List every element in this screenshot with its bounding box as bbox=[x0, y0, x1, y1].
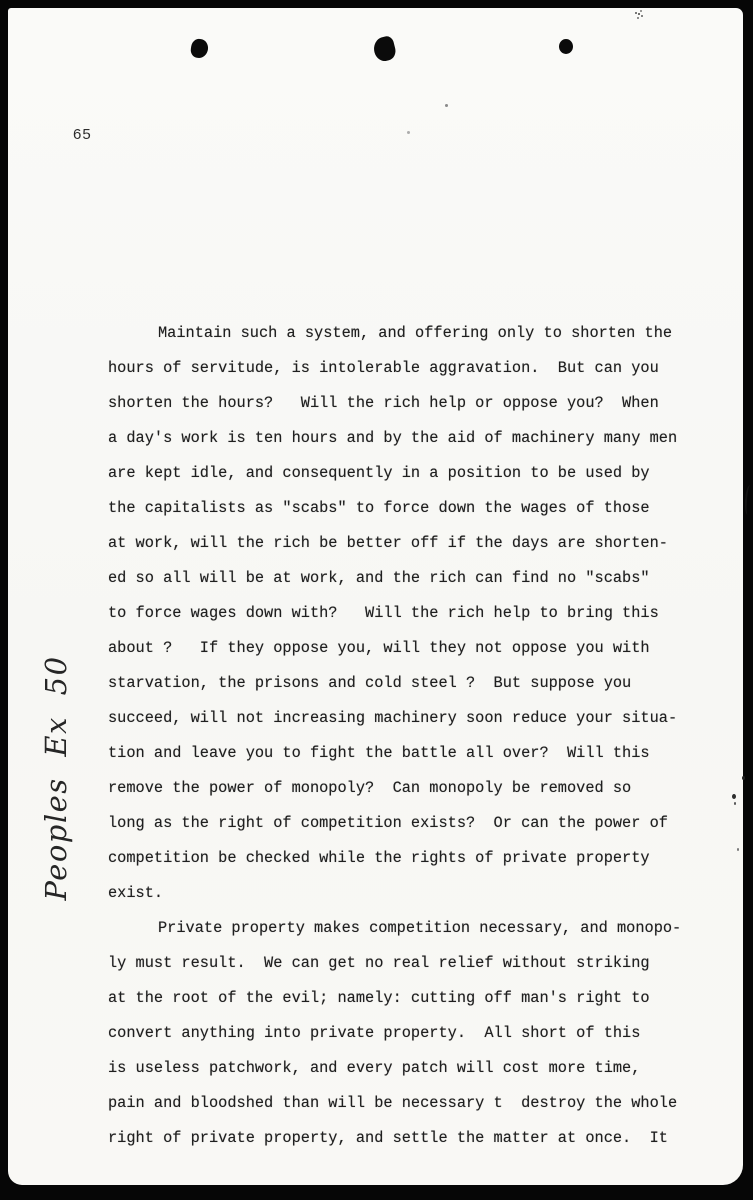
document-page: 65 Peoples Ex 50 Maintain such a system,… bbox=[8, 8, 743, 1185]
text-line: starvation, the prisons and cold steel ?… bbox=[108, 666, 708, 701]
text-line: remove the power of monopoly? Can monopo… bbox=[108, 771, 708, 806]
dust-speck bbox=[445, 104, 448, 107]
paragraph: Private property makes competition neces… bbox=[108, 911, 708, 1156]
binding-hole-dot bbox=[371, 35, 397, 63]
page-number: 65 bbox=[73, 126, 92, 143]
text-line: tion and leave you to fight the battle a… bbox=[108, 736, 708, 771]
text-line: succeed, will not increasing machinery s… bbox=[108, 701, 708, 736]
text-line: about ? If they oppose you, will they no… bbox=[108, 631, 708, 666]
text-line: competition be checked while the rights … bbox=[108, 841, 708, 876]
text-line: ly must result. We can get no real relie… bbox=[108, 946, 708, 981]
typed-text-block: Maintain such a system, and offering onl… bbox=[108, 316, 708, 1156]
binding-hole-dot bbox=[190, 38, 209, 59]
text-line: pain and bloodshed than will be necessar… bbox=[108, 1086, 708, 1121]
text-line: to force wages down with? Will the rich … bbox=[108, 596, 708, 631]
handwritten-margin-note: Peoples Ex 50 bbox=[39, 643, 85, 913]
dust-speck bbox=[732, 794, 736, 799]
dust-speck bbox=[737, 848, 739, 851]
stray-pen-mark bbox=[744, 485, 753, 516]
text-line: a day's work is ten hours and by the aid… bbox=[108, 421, 708, 456]
ink-smudge bbox=[635, 12, 637, 14]
text-line: Maintain such a system, and offering onl… bbox=[108, 316, 708, 351]
dust-speck bbox=[407, 131, 410, 134]
text-line: at the root of the evil; namely: cutting… bbox=[108, 981, 708, 1016]
text-line: convert anything into private property. … bbox=[108, 1016, 708, 1051]
paragraph: Maintain such a system, and offering onl… bbox=[108, 316, 708, 911]
text-line: exist. bbox=[108, 876, 708, 911]
binding-hole-dot bbox=[559, 39, 573, 54]
text-line: shorten the hours? Will the rich help or… bbox=[108, 386, 708, 421]
text-line: right of private property, and settle th… bbox=[108, 1121, 708, 1156]
dust-speck bbox=[742, 776, 745, 780]
text-line: the capitalists as "scabs" to force down… bbox=[108, 491, 708, 526]
text-line: is useless patchwork, and every patch wi… bbox=[108, 1051, 708, 1086]
text-line: hours of servitude, is intolerable aggra… bbox=[108, 351, 708, 386]
text-line: ed so all will be at work, and the rich … bbox=[108, 561, 708, 596]
text-line: are kept idle, and consequently in a pos… bbox=[108, 456, 708, 491]
text-line: at work, will the rich be better off if … bbox=[108, 526, 708, 561]
text-line: long as the right of competition exists?… bbox=[108, 806, 708, 841]
scanned-document: 65 Peoples Ex 50 Maintain such a system,… bbox=[0, 0, 753, 1200]
text-line: Private property makes competition neces… bbox=[108, 911, 708, 946]
